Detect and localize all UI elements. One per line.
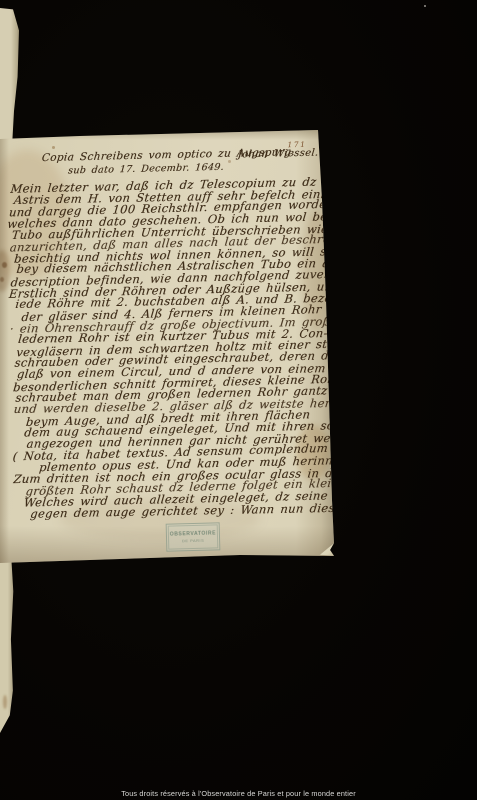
stain	[3, 695, 7, 709]
archive-stamp-subtext: DE PARIS	[182, 538, 204, 544]
dateline: sub dato 17. Decembr. 1649.	[68, 162, 224, 177]
archive-stamp-text: OBSERVATOIRE	[170, 530, 216, 537]
author-name-text: Johan Wiessel.	[237, 148, 319, 161]
handwriting-layer: 171 Copia Schreibens vom optico zu Augsp…	[0, 0, 477, 800]
author-name: Johan Wiessel.	[238, 148, 319, 161]
underlying-page-edge-top	[0, 8, 20, 140]
stain	[0, 277, 4, 282]
underlying-page-edge-bottom	[0, 556, 14, 733]
copyright-caption: Tous droits réservés à l'Observatoire de…	[0, 789, 477, 798]
dateline-text: sub dato 17. Decembr. 1649.	[68, 162, 225, 177]
manuscript-page: 171 Copia Schreibens vom optico zu Augsp…	[0, 0, 477, 800]
archive-stamp: OBSERVATOIRE DE PARIS	[166, 522, 221, 551]
dust-speck	[424, 5, 426, 7]
manuscript-scan: 171 Copia Schreibens vom optico zu Augsp…	[0, 0, 477, 800]
